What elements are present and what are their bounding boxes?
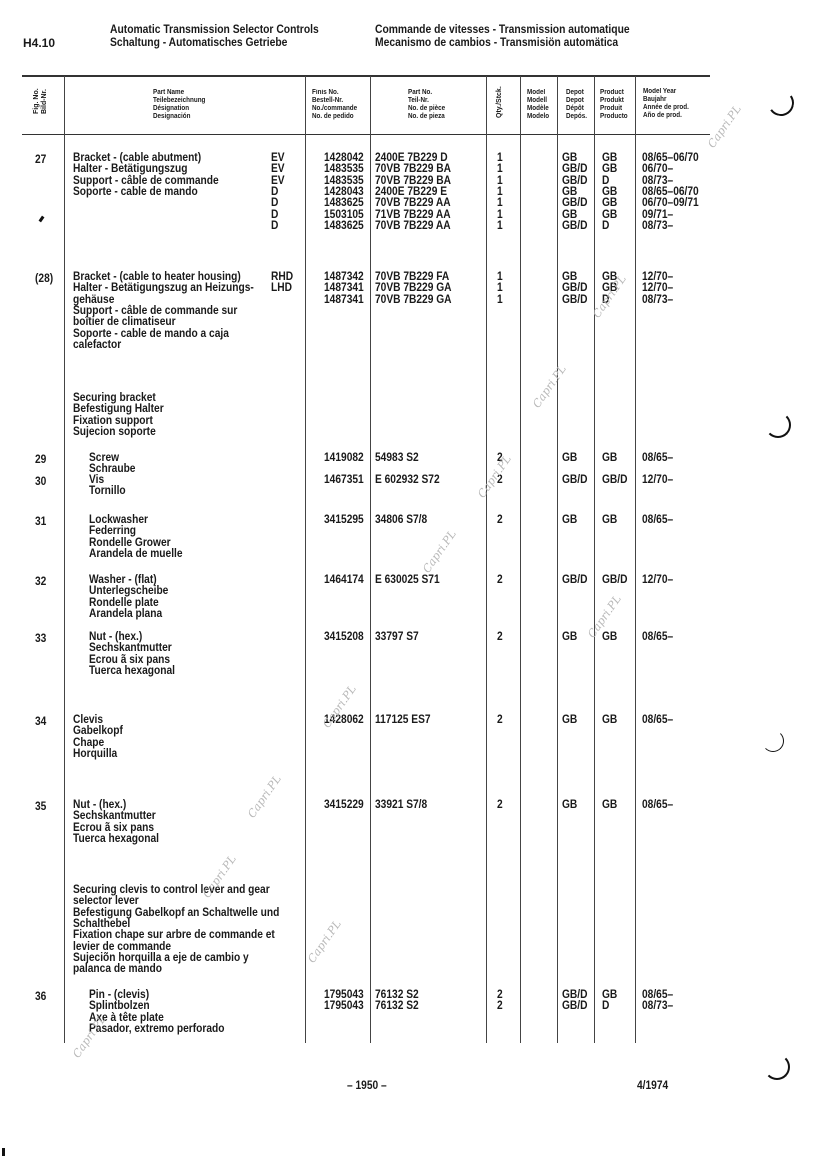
part-number: E 630025 S71 [375, 574, 440, 585]
finis-number: 3415208 [324, 631, 364, 642]
part-number: 54983 S2 [375, 452, 419, 463]
fig-number: 32 [35, 574, 46, 588]
product-code: GB [602, 514, 617, 525]
column-divider [635, 76, 636, 1043]
column-divider [594, 76, 595, 1043]
fig-number: (28) [35, 271, 53, 285]
product-code: GB [602, 714, 617, 725]
watermark: Capri.PL [475, 453, 514, 501]
fig-number: 29 [35, 452, 46, 466]
print-date: 4/1974 [637, 1078, 668, 1092]
depot-code: GB [562, 631, 577, 642]
watermark: Capri.PL [705, 103, 744, 151]
binding-mark-icon [762, 730, 784, 752]
depot-code: GB/D [562, 1000, 588, 1011]
part-number: 117125 ES7 [375, 714, 431, 725]
fig-number: 33 [35, 631, 46, 645]
column-divider [64, 76, 65, 1043]
colhead-finis-no: Finis No.Bestell-Nr. No./commandeNo. de … [312, 89, 357, 121]
finis-number: 3415295 [324, 514, 364, 525]
quantity: 2 [497, 574, 503, 585]
finis-number: 1419082 [324, 452, 364, 463]
model-year: 08/65– [642, 514, 673, 525]
model-year: 08/73– [642, 220, 673, 231]
finis-number: 1795043 [324, 1000, 364, 1011]
product-code: D [602, 1000, 609, 1011]
column-divider [520, 76, 521, 1043]
fig-number: 36 [35, 989, 46, 1003]
group-heading-line: palanca de mando [73, 963, 162, 974]
group-heading-line: Sujecion soporte [73, 426, 156, 437]
part-name-line: Tornillo [89, 485, 126, 496]
part-name-line: Pasador, extremo perforado [89, 1023, 224, 1034]
model-year: 12/70– [642, 574, 673, 585]
finis-number: 3415229 [324, 799, 364, 810]
part-name-line: Arandela plana [89, 608, 162, 619]
model-year: 08/73– [642, 1000, 673, 1011]
quantity: 2 [497, 714, 503, 725]
header-bottom-rule [22, 134, 710, 135]
colhead-model-year: Model YearBaujahr Année de prod.Año de p… [643, 88, 689, 120]
quantity: 2 [497, 1000, 503, 1011]
section-code: H4.10 [23, 36, 55, 50]
product-code: GB [602, 631, 617, 642]
column-divider [486, 76, 487, 1043]
part-name-line: calefactor [73, 339, 121, 350]
fig-number: 34 [35, 714, 46, 728]
variant-code: D [271, 220, 278, 231]
title-en-de: Automatic Transmission Selector Controls… [110, 23, 319, 49]
model-year: 08/65– [642, 631, 673, 642]
fig-number: 31 [35, 514, 46, 528]
depot-code: GB/D [562, 220, 588, 231]
depot-code: GB/D [562, 574, 588, 585]
ink-speck [2, 1148, 5, 1156]
fig-number: 30 [35, 474, 46, 488]
part-number: 34806 S7/8 [375, 514, 427, 525]
column-divider [305, 76, 306, 1043]
part-number: 70VB 7B229 AA [375, 220, 451, 231]
product-code: GB/D [602, 574, 628, 585]
fig-number: 35 [35, 799, 46, 813]
part-number: E 602932 S72 [375, 474, 440, 485]
depot-code: GB/D [562, 474, 588, 485]
quantity: 1 [497, 220, 503, 231]
part-number: 33797 S7 [375, 631, 419, 642]
ink-speck [39, 216, 45, 223]
finis-number: 1483625 [324, 220, 364, 231]
quantity: 2 [497, 799, 503, 810]
colhead-depot: DepotDepot DépôtDepós. [566, 89, 587, 121]
quantity: 2 [497, 514, 503, 525]
quantity: 1 [497, 294, 503, 305]
part-name-line: Arandela de muelle [89, 548, 183, 559]
colhead-qty: Qty./Stck. [496, 86, 504, 118]
fig-number: 27 [35, 152, 46, 166]
depot-code: GB [562, 714, 577, 725]
colhead-part-no: Part No.Teil-Nr. No. de pièceNo. de piez… [408, 89, 445, 121]
model-year: 08/65– [642, 714, 673, 725]
product-code: GB/D [602, 474, 628, 485]
finis-number: 1464174 [324, 574, 364, 585]
watermark: Capri.PL [530, 363, 569, 411]
part-name-line: Soporte - cable de mando [73, 186, 198, 197]
model-year: 08/73– [642, 294, 673, 305]
finis-number: 1467351 [324, 474, 364, 485]
watermark: Capri.PL [420, 528, 459, 576]
product-code: D [602, 220, 609, 231]
depot-code: GB/D [562, 294, 588, 305]
quantity: 2 [497, 631, 503, 642]
part-name-line: Horquilla [73, 748, 117, 759]
binding-mark-icon [766, 88, 796, 118]
product-code: GB [602, 799, 617, 810]
depot-code: GB [562, 452, 577, 463]
title-de: Schaltung - Automatisches Getriebe [110, 36, 319, 49]
product-code: GB [602, 452, 617, 463]
model-year: 08/65– [642, 452, 673, 463]
colhead-model: ModelModell ModèleModelo [527, 89, 549, 121]
part-name-line: Tuerca hexagonal [73, 833, 159, 844]
variant-code: LHD [271, 282, 292, 293]
model-year: 12/70– [642, 474, 673, 485]
colhead-fig-no: Fig. No. Bild-Nr. [33, 88, 49, 114]
table-top-rule [22, 75, 710, 77]
binding-mark-icon [765, 412, 791, 438]
part-name-line: Tuerca hexagonal [89, 665, 175, 676]
finis-number: 1487341 [324, 294, 364, 305]
binding-mark-icon [764, 1054, 790, 1080]
watermark: Capri.PL [305, 918, 344, 966]
title-es: Mecanismo de cambios - Transmisiön autom… [375, 36, 630, 49]
model-year: 08/65– [642, 799, 673, 810]
depot-code: GB [562, 514, 577, 525]
page-number: – 1950 – [347, 1078, 387, 1092]
watermark: Capri.PL [245, 773, 284, 821]
colhead-part-name: Part NameTeilebezeichnung DésignationDes… [153, 89, 205, 121]
colhead-product: ProductProdukt ProduitProducto [600, 89, 628, 121]
depot-code: GB [562, 799, 577, 810]
column-divider [370, 76, 371, 1043]
part-number: 33921 S7/8 [375, 799, 427, 810]
title-fr-es: Commande de vitesses - Transmission auto… [375, 23, 630, 49]
column-divider [557, 76, 558, 1043]
part-number: 76132 S2 [375, 1000, 419, 1011]
part-number: 70VB 7B229 GA [375, 294, 452, 305]
